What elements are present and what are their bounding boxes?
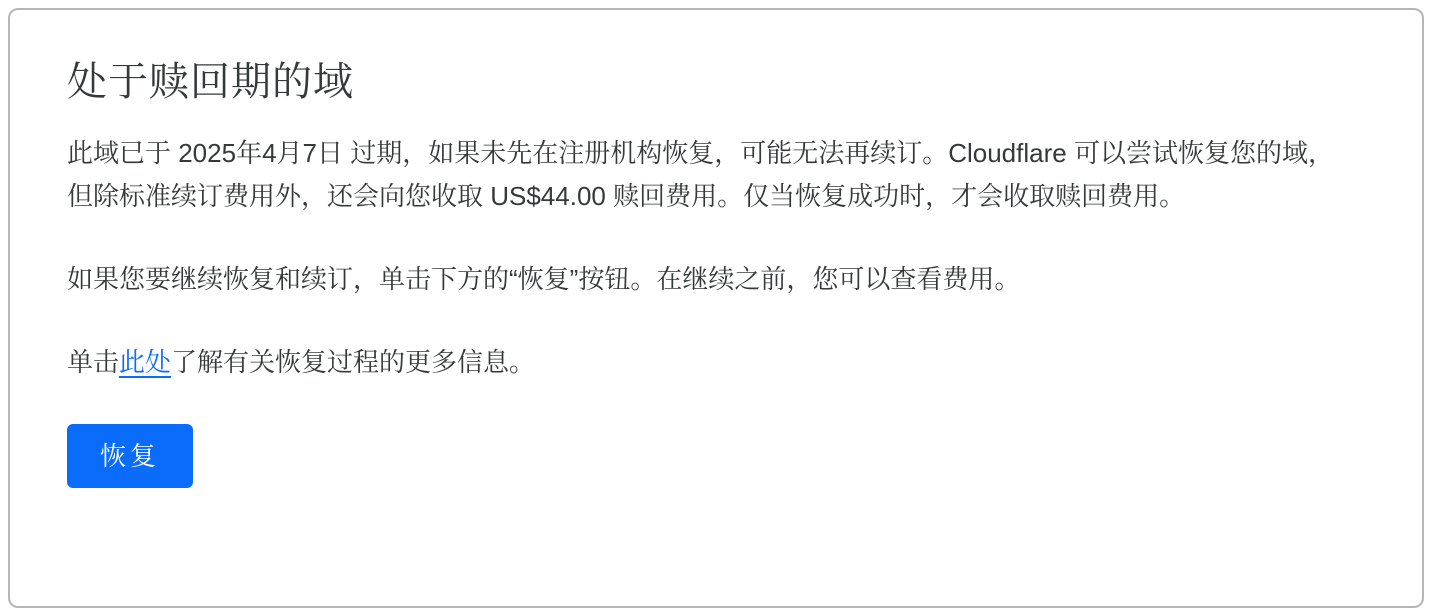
restore-button[interactable]: 恢复: [67, 424, 193, 488]
redemption-notice-card: 处于赎回期的域 此域已于 2025年4月7日 过期，如果未先在注册机构恢复，可能…: [8, 8, 1424, 608]
page-title: 处于赎回期的域: [67, 58, 1346, 106]
learn-more-paragraph: 单击此处了解有关恢复过程的更多信息。: [67, 341, 1346, 384]
learn-more-link[interactable]: 此处: [119, 347, 171, 377]
expiry-info-paragraph: 此域已于 2025年4月7日 过期，如果未先在注册机构恢复，可能无法再续订。Cl…: [67, 132, 1346, 218]
restore-instructions-paragraph: 如果您要继续恢复和续订，单击下方的“恢复”按钮。在继续之前，您可以查看费用。: [67, 258, 1346, 301]
learn-more-text-after: 了解有关恢复过程的更多信息。: [171, 347, 535, 377]
page-background: 处于赎回期的域 此域已于 2025年4月7日 过期，如果未先在注册机构恢复，可能…: [0, 0, 1432, 616]
learn-more-text-before: 单击: [67, 347, 119, 377]
